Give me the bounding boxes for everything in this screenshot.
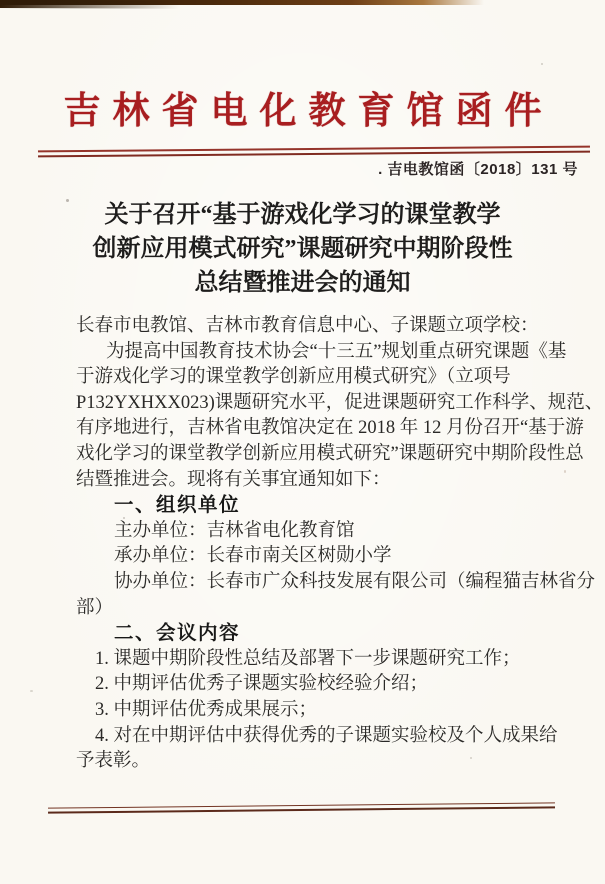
- body-line: P132YXHXX023)课题研究水平，促进课题研究工作科学、规范、: [76, 391, 551, 417]
- scan-speck: [30, 690, 33, 692]
- notice-title-line: 总结暨推进会的通知: [0, 266, 605, 300]
- letterhead-red-rule: [38, 146, 590, 158]
- body-line: 协办单位：长春市广众科技发展有限公司（编程猫吉林省分: [76, 570, 551, 596]
- body-line: 于游戏化学习的课堂教学创新应用模式研究》（立项号: [76, 365, 551, 391]
- scanned-letter-page: 吉林省电化教育馆函件 . 吉电教馆函〔2018〕131 号 关于召开“基于游戏化…: [0, 0, 605, 884]
- scan-speck: [541, 63, 543, 65]
- body-line: 结暨推进会。现将有关事宜通知如下：: [76, 468, 551, 494]
- scan-edge-artifact-left: [0, 0, 180, 9]
- notice-title: 关于召开“基于游戏化学习的课堂教学创新应用模式研究”课题研究中期阶段性总结暨推进…: [0, 198, 605, 300]
- body-line: 1. 课题中期阶段性总结及部署下一步课题研究工作；: [76, 647, 551, 673]
- body-line: 4. 对在中期评估中获得优秀的子课题实验校及个人成果给: [76, 724, 551, 750]
- scan-speck: [66, 199, 69, 202]
- body-line: 有序地进行，吉林省电教馆决定在 2018 年 12 月份召开“基于游: [76, 416, 551, 442]
- document-number: . 吉电教馆函〔2018〕131 号: [378, 158, 578, 179]
- body-line: 3. 中期评估优秀成果展示；: [76, 698, 551, 724]
- section-heading: 一、组织单位: [76, 493, 551, 519]
- body-line: 承办单位：长春市南关区树勋小学: [76, 544, 551, 570]
- body-text: 长春市电教馆、吉林市教育信息中心、子课题立项学校：为提高中国教育技术协会“十三五…: [76, 314, 551, 775]
- scan-speck: [123, 517, 125, 519]
- scan-speck: [470, 757, 472, 759]
- body-line: 2. 中期评估优秀子课题实验校经验介绍；: [76, 672, 551, 698]
- notice-title-line: 创新应用模式研究”课题研究中期阶段性: [0, 232, 605, 266]
- letterhead-title: 吉林省电化教育馆函件: [0, 80, 605, 134]
- body-line: 为提高中国教育技术协会“十三五”规划重点研究课题《基: [76, 340, 551, 366]
- body-line: 予表彰。: [76, 749, 551, 775]
- body-line: 戏化学习的课堂教学创新应用模式研究”课题研究中期阶段性总: [76, 442, 551, 468]
- body-line: 主办单位：吉林省电化教育馆: [76, 519, 551, 545]
- body-line: 部）: [76, 596, 551, 622]
- page-bottom-rule: [48, 802, 555, 813]
- section-heading: 二、会议内容: [76, 621, 551, 647]
- notice-title-line: 关于召开“基于游戏化学习的课堂教学: [0, 198, 605, 232]
- body-line: 长春市电教馆、吉林市教育信息中心、子课题立项学校：: [76, 314, 551, 340]
- scan-speck: [564, 470, 566, 473]
